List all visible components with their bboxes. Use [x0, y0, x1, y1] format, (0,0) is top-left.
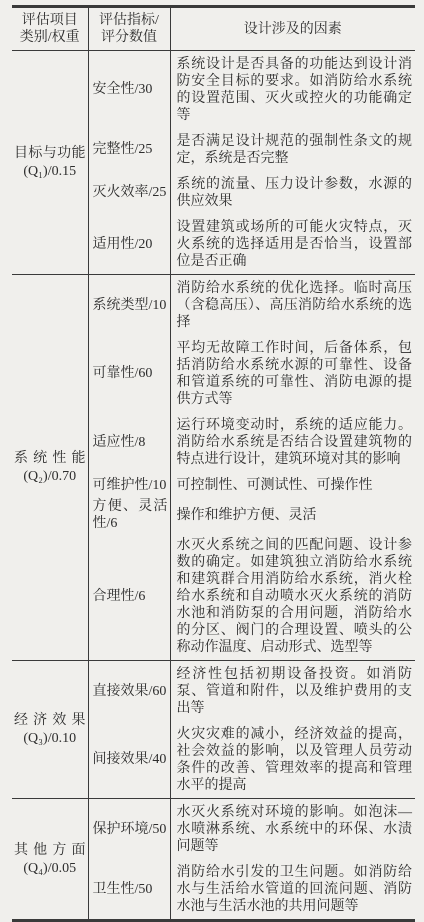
table-row: 经济效果 (Q₃)/0.10 直接效果/60 经济性包括初期设备投资。如消防泵、… — [12, 661, 415, 722]
factor-cell: 系统的流量、压力设计参数，水源的供应效果 — [170, 171, 415, 214]
category-weight: (Q₃)/0.10 — [14, 730, 86, 747]
factor-cell: 运行环境变动时，系统的适应能力。消防给水系统是否结合设置建筑物的特点进行设计，建… — [170, 412, 415, 472]
category-name: 系统性能 — [14, 450, 86, 467]
category-weight: (Q₂)/0.70 — [14, 468, 86, 485]
header-row: 评估项目 类别/权重 评估指标/ 评分数值 设计涉及的因素 — [12, 7, 415, 51]
factor-cell: 消防给水系统的优化选择。临时高压（含稳高压）、高压消防给水系统的选择 — [170, 275, 415, 336]
category-name: 经济效果 — [14, 712, 86, 729]
category-weight: (Q₁)/0.15 — [14, 163, 86, 180]
table-row: 系统性能 (Q₂)/0.70 系统类型/10 消防给水系统的优化选择。临时高压（… — [12, 275, 415, 336]
indicator-cell: 灭火效率/25 — [88, 171, 170, 214]
evaluation-table: 评估项目 类别/权重 评估指标/ 评分数值 设计涉及的因素 目标与功能 (Q₁)… — [12, 5, 415, 922]
category-cell: 经济效果 (Q₃)/0.10 — [12, 661, 88, 799]
indicator-cell: 系统类型/10 — [88, 275, 170, 336]
factor-cell: 消防给水引发的卫生问题。如消防给水与生活给水管道的回流问题、消防水池与生活水池的… — [170, 859, 415, 921]
indicator-cell: 方便、灵活性/6 — [88, 498, 170, 532]
header-indicator-column: 评估指标/ 评分数值 — [88, 7, 170, 51]
header-category-line2: 类别/权重 — [20, 30, 80, 45]
section-system-performance: 系统性能 (Q₂)/0.70 系统类型/10 消防给水系统的优化选择。临时高压（… — [12, 275, 415, 661]
header-category-line1: 评估项目 — [22, 13, 78, 28]
indicator-cell: 可维护性/10 — [88, 472, 170, 498]
section-other-aspects: 其他方面 (Q₄)/0.05 保护环境/50 水灭火系统对环境的影响。如泡沫—水… — [12, 799, 415, 921]
factor-cell: 设置建筑或场所的可能火灾特点，灭火系统的选择适用是否恰当，设置部位是否正确 — [170, 214, 415, 275]
category-cell: 系统性能 (Q₂)/0.70 — [12, 275, 88, 661]
indicator-cell: 适应性/8 — [88, 412, 170, 472]
category-cell: 其他方面 (Q₄)/0.05 — [12, 799, 88, 921]
indicator-cell: 完整性/25 — [88, 128, 170, 171]
table-row: 目标与功能 (Q₁)/0.15 安全性/30 系统设计是否具备的功能达到设计消防… — [12, 51, 415, 129]
category-name: 其他方面 — [14, 842, 86, 859]
factor-cell: 水灭火系统对环境的影响。如泡沫—水喷淋系统、水系统中的环保、水渍问题等 — [170, 799, 415, 860]
indicator-cell: 适用性/20 — [88, 214, 170, 275]
factor-cell: 操作和维护方便、灵活 — [170, 498, 415, 532]
header-category-column: 评估项目 类别/权重 — [12, 7, 88, 51]
indicator-cell: 卫生性/50 — [88, 859, 170, 921]
category-name: 目标与功能 — [14, 145, 86, 162]
header-indicator-line1: 评估指标/ — [99, 13, 159, 28]
factor-cell: 经济性包括初期设备投资。如消防泵、管道和附件，以及维护费用的支出等 — [170, 661, 415, 722]
section-economic-effects: 经济效果 (Q₃)/0.10 直接效果/60 经济性包括初期设备投资。如消防泵、… — [12, 661, 415, 799]
category-cell: 目标与功能 (Q₁)/0.15 — [12, 51, 88, 275]
header-factors-column: 设计涉及的因素 — [170, 7, 415, 51]
indicator-cell: 安全性/30 — [88, 51, 170, 129]
indicator-cell: 间接效果/40 — [88, 721, 170, 799]
category-weight: (Q₄)/0.05 — [14, 860, 86, 877]
factor-cell: 可控制性、可测试性、可操作性 — [170, 472, 415, 498]
indicator-cell: 保护环境/50 — [88, 799, 170, 860]
factor-cell: 水灭火系统之间的匹配问题、设计参数的确定。如建筑独立消防给水系统和建筑群合用消防… — [170, 532, 415, 661]
indicator-cell: 直接效果/60 — [88, 661, 170, 722]
factor-cell: 平均无故障工作时间，后备体系，包括消防给水系统水源的可靠性、设备和管道系统的可靠… — [170, 335, 415, 412]
section-goals-functions: 目标与功能 (Q₁)/0.15 安全性/30 系统设计是否具备的功能达到设计消防… — [12, 51, 415, 275]
table-row: 其他方面 (Q₄)/0.05 保护环境/50 水灭火系统对环境的影响。如泡沫—水… — [12, 799, 415, 860]
factor-cell: 是否满足设计规范的强制性条文的规定，系统是否完整 — [170, 128, 415, 171]
header-indicator-line2: 评分数值 — [101, 30, 157, 45]
indicator-cell: 合理性/6 — [88, 532, 170, 661]
indicator-cell: 可靠性/60 — [88, 335, 170, 412]
factor-cell: 系统设计是否具备的功能达到设计消防安全目标的要求。如消防给水系统的设置范围、灭火… — [170, 51, 415, 129]
factor-cell: 火灾灾难的减小，经济效益的提高，社会效益的影响，以及管理人员劳动条件的改善、管理… — [170, 721, 415, 799]
